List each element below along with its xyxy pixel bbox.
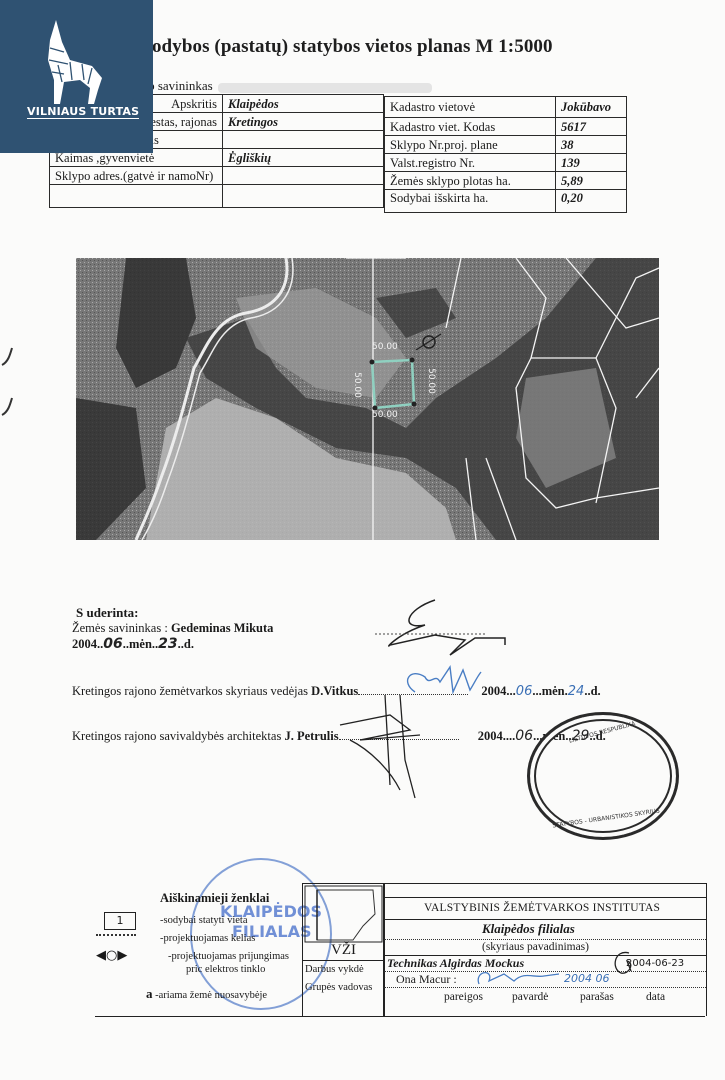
- branch-caption: (skyriaus pavadinimas): [482, 941, 589, 953]
- branch-name: Klaipėdos filialas: [482, 921, 575, 937]
- date-year: 2004....: [478, 729, 516, 743]
- technician-signature: [609, 949, 639, 977]
- row-label: Kadastro viet. Kodas: [385, 118, 556, 136]
- date-month-handwritten: 06: [516, 684, 533, 699]
- row-value: Kretingos: [223, 113, 384, 131]
- owner-name: Gedeminas Mikuta: [171, 621, 273, 635]
- row-value: 5617: [556, 118, 627, 136]
- plot-dim-left: 50.00: [352, 372, 362, 398]
- macur-signature: [474, 966, 564, 988]
- table-row: Sklypo adres.(gatvė ir namoNr): [50, 167, 384, 185]
- owner-signature: [365, 590, 515, 660]
- macur-sign-date: 2004 06: [564, 972, 610, 985]
- macur-name: Ona Macur: [396, 972, 450, 986]
- institute-name: VALSTYBINIS ŽEMĖTVARKOS INSTITUTAS: [424, 902, 660, 914]
- date-month-handwritten: 06: [515, 728, 533, 744]
- aerial-photo: [76, 258, 659, 540]
- cadastre-table: Kadastro vietovėJokūbavo Kadastro viet. …: [384, 96, 627, 213]
- plot-dim-top: 50.00: [372, 342, 398, 352]
- date-day-handwritten: 23: [158, 636, 177, 652]
- municipality-stamp: LIETUVOS RESPUBLIKA STATYBOS - URBANISTI…: [527, 712, 679, 840]
- aerial-map: 50.00 50.00 50.00 50.00: [76, 258, 659, 540]
- row-value: Jokūbavo: [556, 97, 627, 118]
- row-value: 38: [556, 136, 627, 154]
- row2-name: Ona Macur :: [396, 972, 457, 987]
- legend-heading: Aiškinamieji ženklai: [160, 891, 269, 906]
- row-label: [50, 185, 223, 208]
- row-value: 0,20: [556, 190, 627, 213]
- legend-item: -projektuojamas prijungimas: [168, 951, 289, 962]
- table-row: Sodybai išskirta ha.0,20: [385, 190, 627, 213]
- petrulis-signature: [330, 690, 440, 800]
- vzi-box: VŽI Darbus vykdė Grupės vadovas: [302, 883, 385, 1017]
- date-men: ..mėn..: [123, 637, 158, 651]
- row-label: Kadastro vietovė: [385, 97, 556, 118]
- owner-approval-line: Žemės savininkas : Gedeminas Mikuta: [72, 621, 273, 636]
- legend-item: pric elektros tinklo: [186, 964, 265, 975]
- row-value: [223, 167, 384, 185]
- row-value: [223, 185, 384, 208]
- line-text: Kretingos rajono žemėtvarkos skyriaus ve…: [72, 684, 311, 698]
- row-label: Sklypo adres.(gatvė ir namoNr): [50, 167, 223, 185]
- brand-name: VILNIAUS TURTAS: [27, 105, 139, 119]
- scan-hole-marks: [0, 330, 20, 420]
- vzi-row-executed-by: Darbus vykdė: [305, 964, 364, 975]
- owner-approval-date: 2004..06..mėn..23..d.: [72, 636, 194, 652]
- row-label: Sklypo Nr.proj. plane: [385, 136, 556, 154]
- wolf-logo-icon: [40, 20, 110, 105]
- row-label: Sodybai išskirta ha.: [385, 190, 556, 213]
- road-dashed-icon: [96, 934, 136, 936]
- owner-prefix: Žemės savininkas :: [72, 621, 171, 635]
- ariama-symbol: a: [146, 986, 153, 1001]
- vzi-row-group-leader: Grupės vadovas: [305, 982, 372, 993]
- table-row: Kadastro viet. Kodas5617: [385, 118, 627, 136]
- vzi-map-icon: [303, 884, 384, 944]
- approval-heading: S uderinta:: [76, 605, 138, 621]
- table-row: Valst.registro Nr.139: [385, 154, 627, 172]
- footer-data: data: [646, 991, 665, 1003]
- institute-box: VALSTYBINIS ŽEMĖTVARKOS INSTITUTAS Klaip…: [383, 883, 707, 1016]
- line-text: Kretingos rajono savivaldybės architekta…: [72, 729, 284, 743]
- date-year: 2004..: [72, 637, 103, 651]
- date-d: ..d.: [584, 684, 600, 698]
- date-day-handwritten: 24: [568, 684, 585, 699]
- bottom-rule: [95, 1016, 705, 1017]
- row-label: Žemės sklypo plotas ha.: [385, 172, 556, 190]
- table-row: Sklypo Nr.proj. plane38: [385, 136, 627, 154]
- table-row: Žemės sklypo plotas ha.5,89: [385, 172, 627, 190]
- footer-pareigos: pareigos: [444, 991, 483, 1003]
- stamp-bottom-text: STATYBOS - URBANISTIKOS SKYRIUS: [552, 808, 660, 830]
- legend-box-symbol: 1: [104, 912, 136, 930]
- footer-parasas: parašas: [580, 991, 614, 1003]
- footer-pavarde: pavardė: [512, 991, 548, 1003]
- plot-dim-right: 50.00: [426, 368, 436, 394]
- row-value: 139: [556, 154, 627, 172]
- row-value: Klaipėdos: [223, 95, 384, 113]
- legend-item-ariama: a -ariama žemė nuosavybėje: [146, 986, 267, 1002]
- legend-item: -sodybai statyti vieta: [160, 915, 247, 926]
- date-year: 2004...: [481, 684, 515, 698]
- row-value: [223, 131, 384, 149]
- plot-dim-bottom: 50.00: [372, 410, 398, 420]
- row-value: Ėgliškių: [223, 149, 384, 167]
- table-row: [50, 185, 384, 208]
- stamp-top-text: LIETUVOS RESPUBLIKA: [568, 720, 636, 744]
- table-row: Kadastro vietovėJokūbavo: [385, 97, 627, 118]
- owner-redacted: [218, 83, 432, 93]
- date-men: ...mėn.: [532, 684, 567, 698]
- legend-text: -ariama žemė nuosavybėje: [155, 990, 267, 1001]
- vzi-label: VŽI: [331, 942, 356, 959]
- legend-item: -projektuojamas kelias: [160, 933, 255, 944]
- row-value: 5,89: [556, 172, 627, 190]
- date-d: ..d.: [178, 637, 194, 651]
- date-month-handwritten: 06: [103, 636, 122, 652]
- row-label: Valst.registro Nr.: [385, 154, 556, 172]
- connection-arrow-icon: ◀○▶: [96, 948, 127, 963]
- vilniaus-turtas-logo: VILNIAUS TURTAS: [0, 0, 153, 153]
